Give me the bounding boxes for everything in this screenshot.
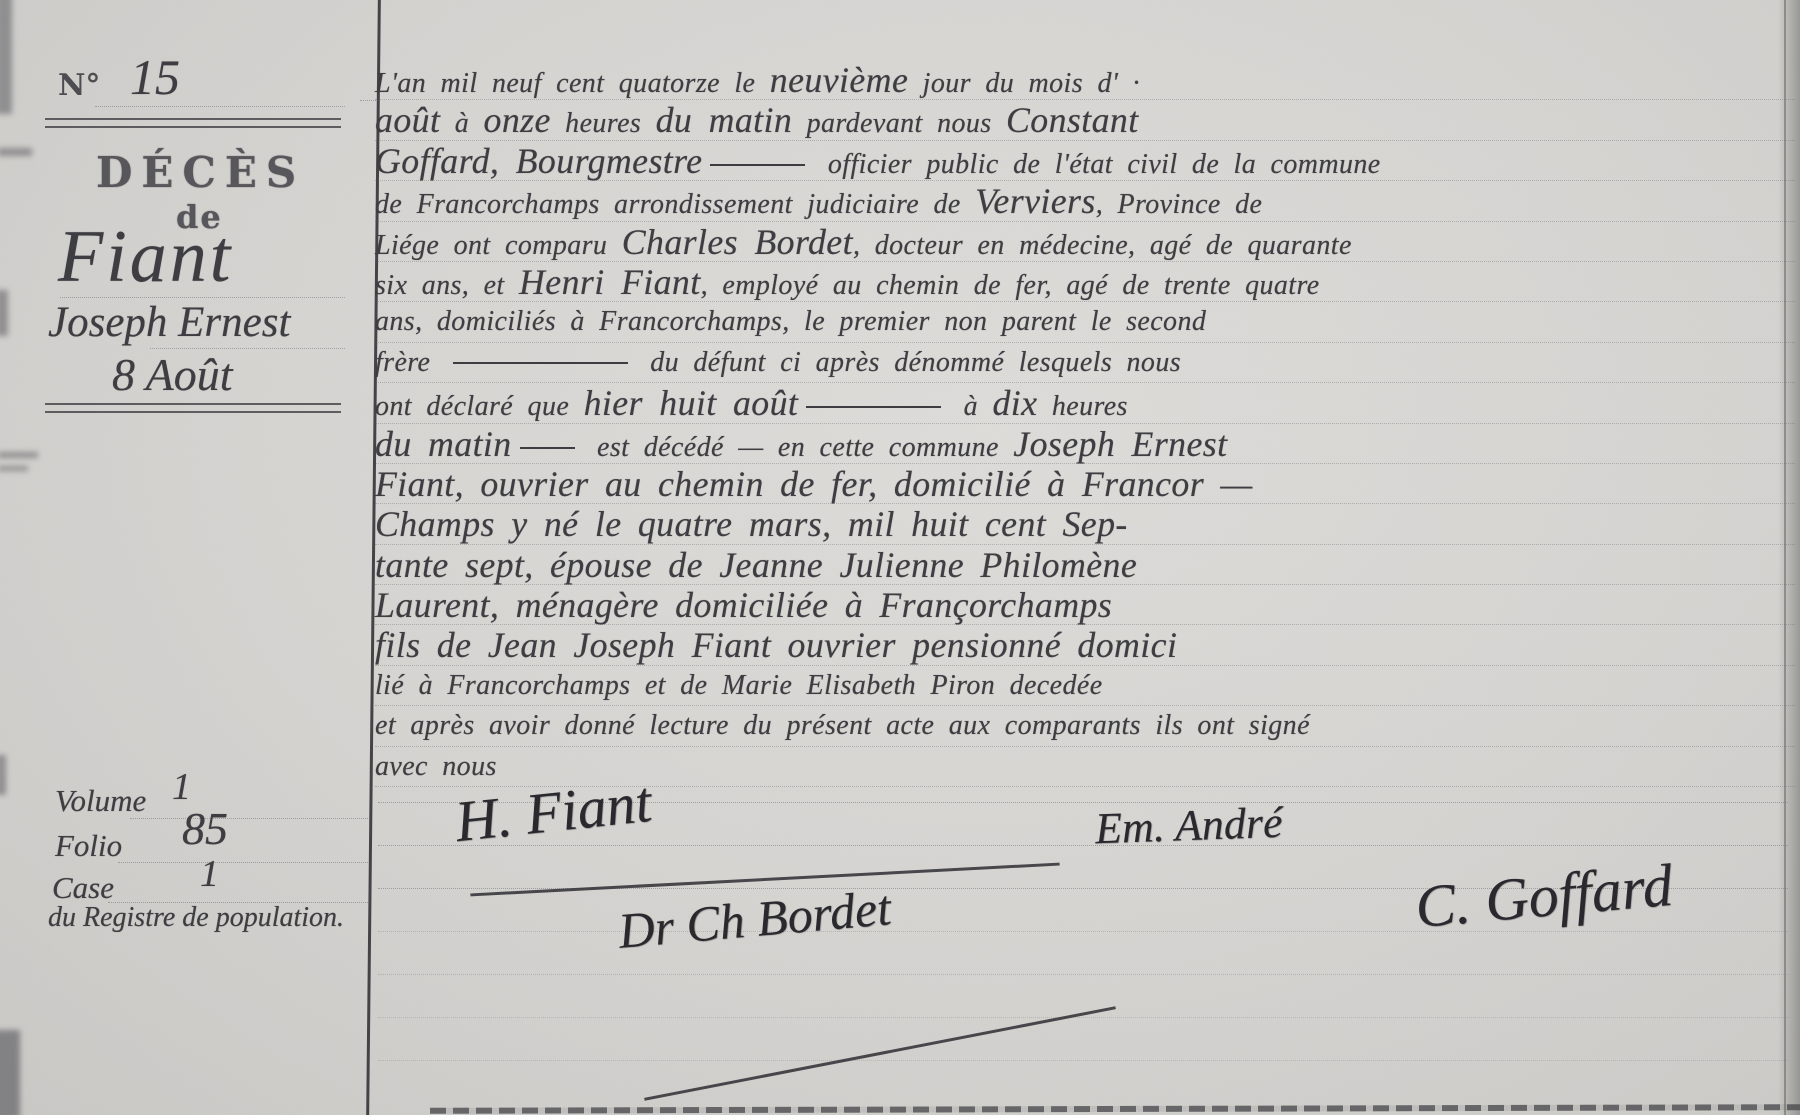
act-line: Goffard, Bourgmestre officier public de … xyxy=(375,141,1795,181)
act-text-segment: , docteur en médecine, agé de quarante xyxy=(853,230,1352,261)
act-line: six ans, et Henri Fiant, employé au chem… xyxy=(375,262,1795,302)
act-text-segment: août xyxy=(375,100,440,140)
blank-filler-rule xyxy=(710,162,805,166)
act-line: L'an mil neuf cent quatorze le neuvième … xyxy=(375,60,1795,100)
act-text-segment: Goffard, Bourgmestre xyxy=(375,141,702,181)
page-ruling xyxy=(378,1017,1788,1018)
act-text-segment: Verviers xyxy=(975,181,1096,221)
act-text-segment: fils de Jean Joseph Fiant ouvrier pensio… xyxy=(375,625,1177,665)
act-text-segment: Liége ont comparu xyxy=(375,230,622,261)
act-text-segment: avec nous xyxy=(375,751,497,782)
margin-ruling xyxy=(118,862,370,863)
act-text-segment: Charles Bordet xyxy=(622,222,853,262)
margin-double-rule-top xyxy=(45,118,341,128)
signature-witness-andre: Em. André xyxy=(1094,797,1283,855)
act-text-segment: Champs y né le quatre mars, mil huit cen… xyxy=(375,504,1128,544)
scan-edge-artifact xyxy=(0,466,28,471)
act-line: Liége ont comparu Charles Bordet, docteu… xyxy=(375,222,1795,262)
act-text-segment: L'an mil neuf cent quatorze le xyxy=(375,68,770,99)
case-value: 1 xyxy=(200,852,219,896)
blank-filler-rule xyxy=(453,360,628,364)
act-line: du matin est décédé — en cette commune J… xyxy=(375,424,1795,464)
act-text-segment: onze xyxy=(484,100,551,140)
case-label: Case xyxy=(52,870,114,906)
act-text-segment: du matin xyxy=(656,100,793,140)
act-text-segment: hier huit août xyxy=(584,383,799,423)
act-lines: L'an mil neuf cent quatorze le neuvième … xyxy=(375,60,1795,787)
scan-edge-artifact xyxy=(0,452,38,458)
act-line: ont déclaré que hier huit août à dix heu… xyxy=(375,383,1795,423)
next-entry-rule xyxy=(430,1104,1800,1114)
act-line: ans, domiciliés à Francorchamps, le prem… xyxy=(375,302,1795,342)
act-text-segment: officier public de l'état civil de la co… xyxy=(813,149,1380,180)
act-text-segment: Henri Fiant xyxy=(519,262,701,302)
scan-edge-artifact xyxy=(0,0,12,114)
act-text-segment: de Francorchamps arrondissement judiciai… xyxy=(375,189,975,220)
act-text-segment: six ans, et xyxy=(375,270,519,301)
scan-edge-artifact xyxy=(0,755,6,795)
act-text-segment: du matin xyxy=(375,424,512,464)
act-text-segment: défunt ci après dénommé lesquels nous xyxy=(693,347,1181,378)
folio-label: Folio xyxy=(55,828,122,864)
page-ruling xyxy=(378,931,1788,932)
record-type-stamp: DÉCÈS xyxy=(96,148,305,197)
act-text-segment: est décédé — en cette commune xyxy=(583,432,1014,463)
act-text-segment: tante sept, épouse de Jeanne Julienne Ph… xyxy=(375,545,1137,585)
margin-ruling xyxy=(95,106,345,107)
act-text-segment: et après avoir donné lecture du présent … xyxy=(375,710,1310,741)
scan-edge-artifact xyxy=(0,148,32,156)
signature-flourish xyxy=(644,1006,1116,1101)
page-ruling xyxy=(378,845,1788,846)
margin-death-date: 8 Août xyxy=(112,348,233,401)
act-text-segment: à xyxy=(949,391,992,422)
act-text-segment: ans, domiciliés à Francorchamps, le prem… xyxy=(375,306,1206,337)
act-text-segment: Joseph Ernest xyxy=(1013,424,1227,464)
act-text-segment: neuvième xyxy=(770,60,908,100)
act-text-segment: dix xyxy=(992,383,1037,423)
blank-filler-rule xyxy=(520,445,575,449)
page-ruling xyxy=(378,974,1788,975)
deceased-surname: Fiant xyxy=(58,215,233,300)
act-text-segment: Constant xyxy=(1006,100,1139,140)
act-line: et après avoir donné lecture du présent … xyxy=(375,706,1795,746)
page-edge-shadow xyxy=(1778,0,1800,1115)
act-text-segment: Fiant, ouvrier au chemin de fer, domicil… xyxy=(375,464,1253,504)
scan-edge-artifact xyxy=(0,290,8,336)
page-edge-line xyxy=(1784,0,1786,1115)
act-line: lié à Francorchamps et de Marie Elisabet… xyxy=(375,666,1795,706)
act-number-label: N° xyxy=(58,68,100,103)
death-record-scan: N° 15 DÉCÈS de Fiant Joseph Ernest 8 Aoû… xyxy=(0,0,1800,1115)
volume-label: Volume xyxy=(55,783,146,819)
act-text-segment: heures xyxy=(1037,391,1127,422)
page-ruling xyxy=(378,1060,1788,1061)
deceased-given-names: Joseph Ernest xyxy=(48,298,290,347)
act-text-segment: , employé au chemin de fer, agé de trent… xyxy=(701,270,1320,301)
margin-double-rule-bottom xyxy=(45,403,341,413)
act-text-segment: , Province de xyxy=(1096,189,1263,220)
act-text-segment: ont déclaré que xyxy=(375,391,584,422)
act-number-value: 15 xyxy=(130,48,180,106)
act-text-segment: lié à Francorchamps et de Marie Elisabet… xyxy=(375,670,1103,701)
act-line: Champs y né le quatre mars, mil huit cen… xyxy=(375,504,1795,544)
act-line: août à onze heures du matin pardevant no… xyxy=(375,100,1795,140)
blank-filler-rule xyxy=(806,404,941,408)
act-text-segment: du xyxy=(636,347,694,378)
act-text-segment: Laurent, ménagère domiciliée à Françorch… xyxy=(375,585,1112,625)
act-line: Laurent, ménagère domiciliée à Françorch… xyxy=(375,585,1795,625)
act-line: Fiant, ouvrier au chemin de fer, domicil… xyxy=(375,464,1795,504)
margin-ruling xyxy=(130,818,370,819)
signature-doctor-bordet: Dr Ch Bordet xyxy=(616,878,893,960)
act-text-segment: frère xyxy=(375,347,445,378)
act-text-segment: à xyxy=(440,108,483,139)
act-line: de Francorchamps arrondissement judiciai… xyxy=(375,181,1795,221)
register-note: du Registre de population. xyxy=(48,902,344,934)
act-line: fils de Jean Joseph Fiant ouvrier pensio… xyxy=(375,625,1795,665)
act-text-segment: heures xyxy=(551,108,656,139)
folio-value: 85 xyxy=(182,802,228,855)
act-line: tante sept, épouse de Jeanne Julienne Ph… xyxy=(375,545,1795,585)
act-text-segment: jour du mois d' · xyxy=(908,68,1140,99)
act-text-segment: pardevant nous xyxy=(792,108,1006,139)
act-line: frère du défunt ci après dénommé lesquel… xyxy=(375,343,1795,383)
signature-mayor-goffard: C. Goffard xyxy=(1412,851,1675,942)
scan-edge-artifact xyxy=(0,1030,20,1115)
